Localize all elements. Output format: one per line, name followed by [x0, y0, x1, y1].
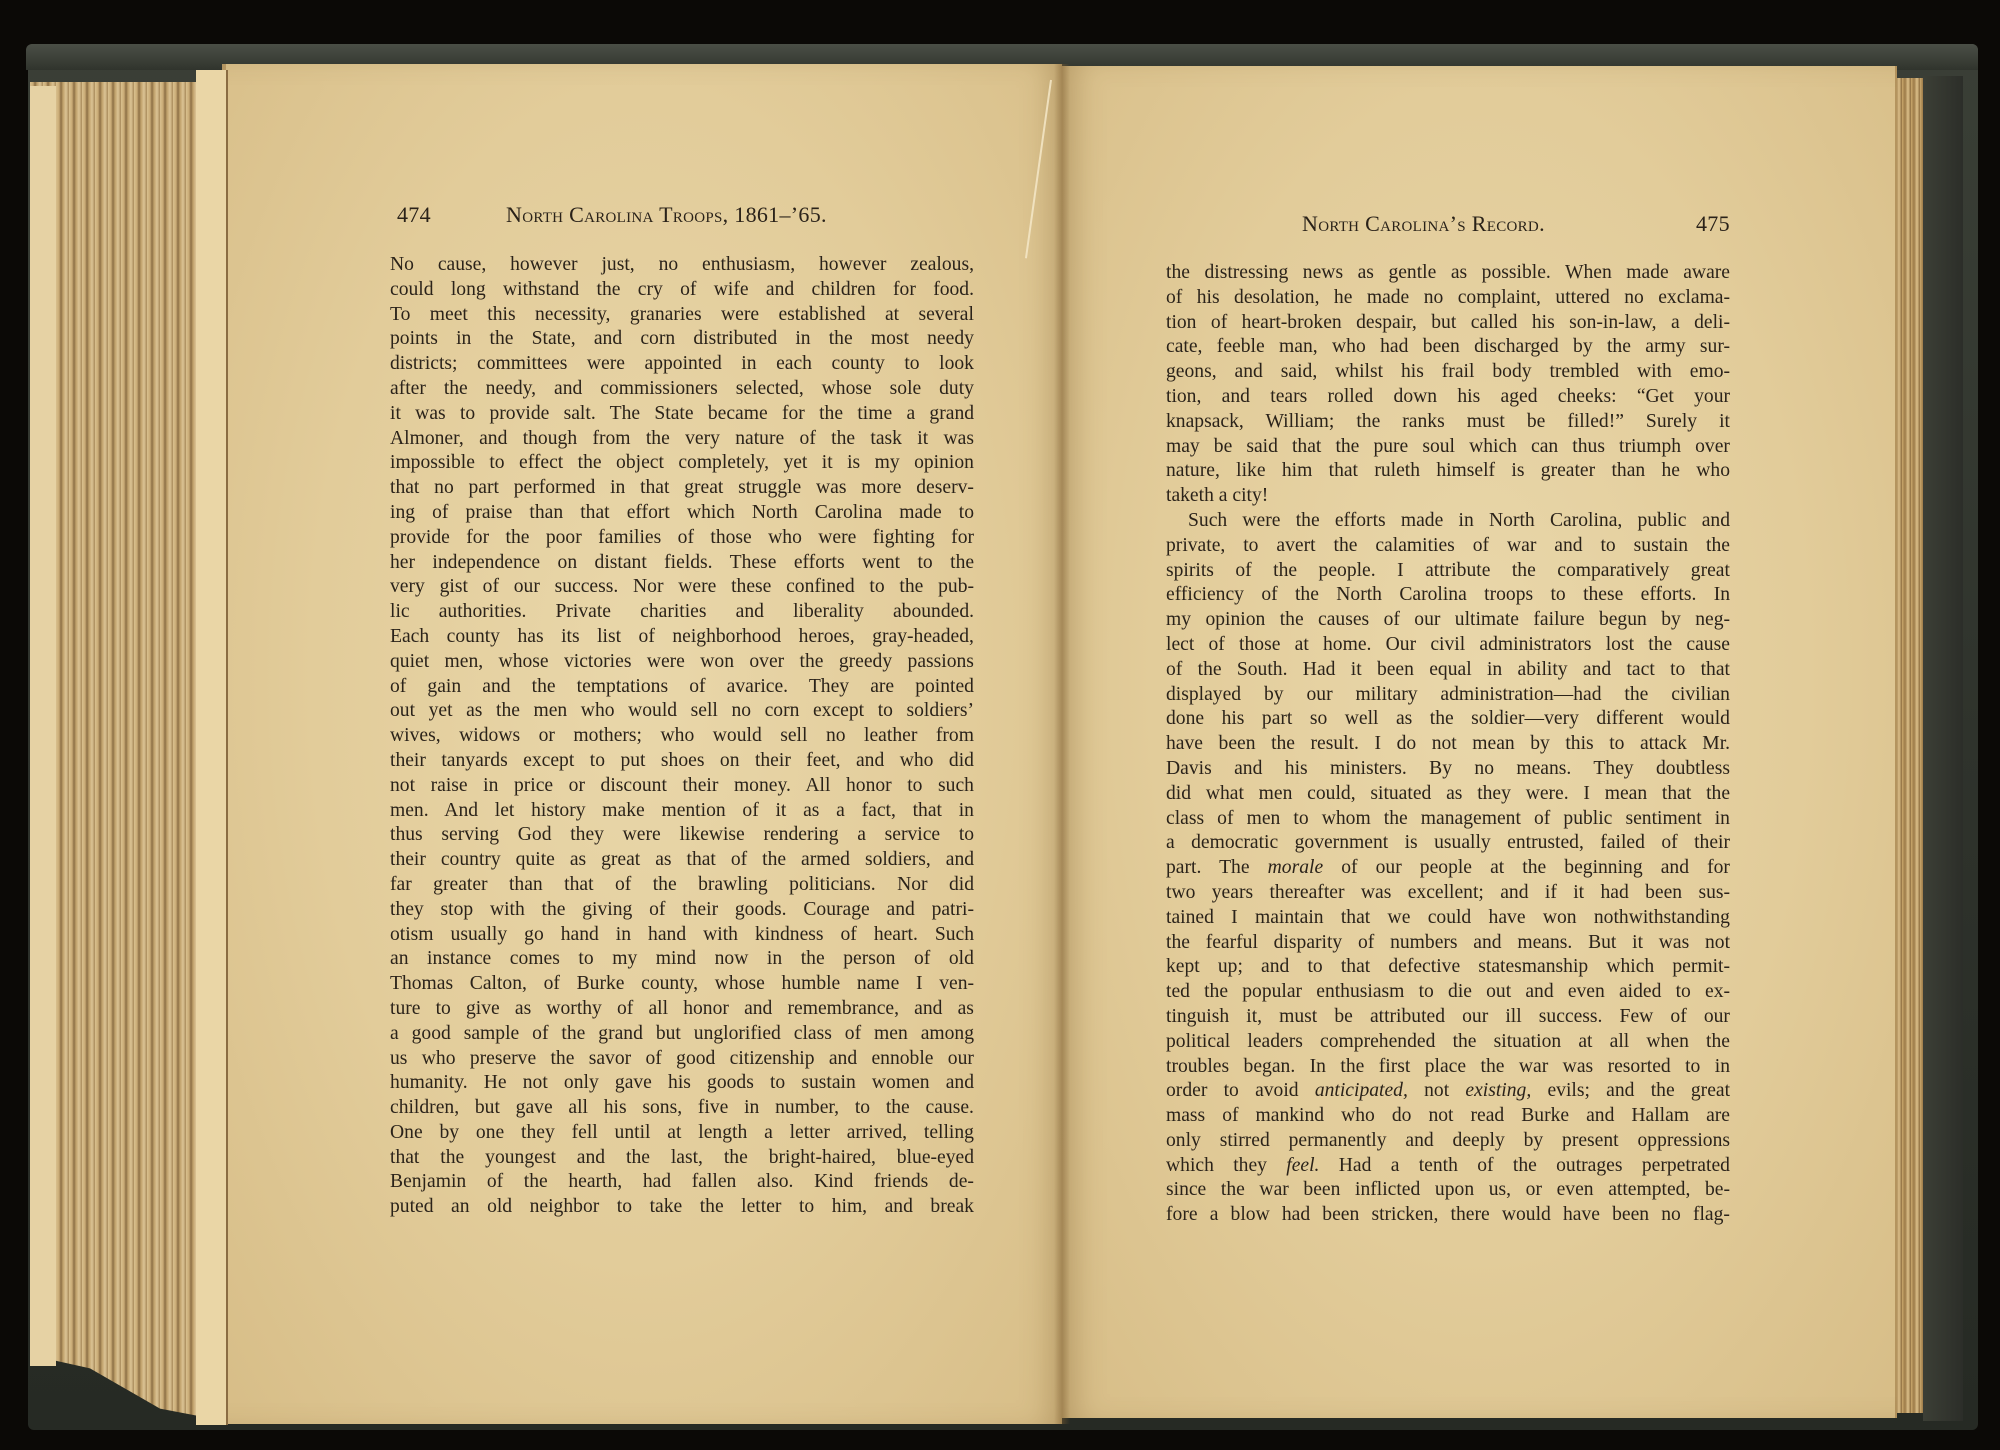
text-line: they stop with the giving of their goods…	[390, 898, 974, 923]
text-line: Almoner, and though from the very nature…	[390, 427, 974, 452]
text-line: political leaders comprehended the situa…	[1166, 1030, 1730, 1055]
text-line: done his part so well as the soldier—ver…	[1166, 707, 1730, 732]
text-line: part. The morale of our people at the be…	[1166, 856, 1730, 881]
text-line: kept up; and to that defective statesman…	[1166, 955, 1730, 980]
text-line: lect of those at home. Our civil adminis…	[1166, 633, 1730, 658]
text-line: of gain and the temptations of avarice. …	[390, 675, 974, 700]
text-line: an instance comes to my mind now in the …	[390, 947, 974, 972]
text-line: far greater than that of the brawling po…	[390, 873, 974, 898]
text-line: order to avoid anticipated, not existing…	[1166, 1079, 1730, 1104]
left-running-head: North Carolina Troops, 1861–’65.	[506, 202, 827, 228]
text-line: lic authorities. Private charities and l…	[390, 600, 974, 625]
text-line: children, but gave all his sons, five in…	[390, 1096, 974, 1121]
text-line: Such were the efforts made in North Caro…	[1166, 509, 1730, 534]
text-line: nature, like him that ruleth himself is …	[1166, 459, 1730, 484]
text-line: otism usually go hand in hand with kindn…	[390, 923, 974, 948]
text-line: men. And let history make mention of it …	[390, 799, 974, 824]
text-line: points in the State, and corn distribute…	[390, 327, 974, 352]
text-line: quiet men, whose victories were won over…	[390, 650, 974, 675]
text-line: the fearful disparity of numbers and mea…	[1166, 931, 1730, 956]
text-line: have been the result. I do not mean by t…	[1166, 732, 1730, 757]
text-line: tinguish it, must be attributed our ill …	[1166, 1005, 1730, 1030]
text-line: wives, widows or mothers; who would sell…	[390, 724, 974, 749]
text-line: No cause, however just, no enthusiasm, h…	[390, 253, 974, 278]
text-line: mass of mankind who do not read Burke an…	[1166, 1104, 1730, 1129]
text-line: taketh a city!	[1166, 484, 1730, 509]
text-line: their country quite as great as that of …	[390, 848, 974, 873]
text-line: Benjamin of the hearth, had fallen also.…	[390, 1170, 974, 1195]
text-line: puted an old neighbor to take the letter…	[390, 1195, 974, 1220]
text-line: Each county has its list of neighborhood…	[390, 625, 974, 650]
text-line: Thomas Calton, of Burke county, whose hu…	[390, 972, 974, 997]
text-line: which they feel. Had a tenth of the outr…	[1166, 1154, 1730, 1179]
text-line: ted the popular enthusiasm to die out an…	[1166, 980, 1730, 1005]
left-page-edge	[196, 70, 228, 1425]
text-line: the distressing news as gentle as possib…	[1166, 261, 1730, 286]
text-line: thus serving God they were likewise rend…	[390, 823, 974, 848]
left-page-number: 474	[397, 202, 431, 228]
right-page-text: the distressing news as gentle as possib…	[1166, 261, 1730, 1228]
text-line: ture to give as worthy of all honor and …	[390, 997, 974, 1022]
left-endpaper-edge	[30, 86, 56, 1366]
text-line: it was to provide salt. The State became…	[390, 402, 974, 427]
right-running-head: North Carolina’s Record.	[1302, 211, 1545, 237]
text-line: their tanyards except to put shoes on th…	[390, 749, 974, 774]
book-gutter	[1054, 64, 1070, 1424]
left-running-head-text: North Carolina Troops, 1861–’65.	[506, 202, 827, 227]
text-line: that the youngest and the last, the brig…	[390, 1146, 974, 1171]
text-line: class of men to whom the management of p…	[1166, 807, 1730, 832]
text-line: only stirred permanently and deeply by p…	[1166, 1129, 1730, 1154]
left-page-text: No cause, however just, no enthusiasm, h…	[390, 253, 974, 1220]
text-line: not raise in price or discount their mon…	[390, 774, 974, 799]
text-line: geons, and said, whilst his frail body t…	[1166, 360, 1730, 385]
text-line: tion, and tears rolled down his aged che…	[1166, 385, 1730, 410]
text-line: of the South. Had it been equal in abili…	[1166, 658, 1730, 683]
text-line: spirits of the people. I attribute the c…	[1166, 559, 1730, 584]
text-line: Davis and his ministers. By no means. Th…	[1166, 757, 1730, 782]
text-line: out yet as the men who would sell no cor…	[390, 699, 974, 724]
text-line: could long withstand the cry of wife and…	[390, 278, 974, 303]
text-line: that no part performed in that great str…	[390, 476, 974, 501]
text-line: To meet this necessity, granaries were e…	[390, 303, 974, 328]
text-line: after the needy, and commissioners selec…	[390, 377, 974, 402]
text-line: of his desolation, he made no complaint,…	[1166, 286, 1730, 311]
right-running-head-text: North Carolina’s Record.	[1302, 211, 1545, 236]
book-cover-right-edge	[1923, 76, 1963, 1421]
text-line: very gist of our success. Nor were these…	[390, 575, 974, 600]
right-page-stack	[1893, 78, 1923, 1413]
text-line: a good sample of the grand but unglorifi…	[390, 1022, 974, 1047]
text-line: districts; committees were appointed in …	[390, 352, 974, 377]
text-line: provide for the poor families of those w…	[390, 526, 974, 551]
text-line: cate, feeble man, who had been discharge…	[1166, 335, 1730, 360]
text-line: us who preserve the savor of good citize…	[390, 1047, 974, 1072]
text-line: humanity. He not only gave his goods to …	[390, 1071, 974, 1096]
text-line: did what men could, situated as they wer…	[1166, 782, 1730, 807]
text-line: fore a blow had been stricken, there wou…	[1166, 1203, 1730, 1228]
text-line: since the war been inflicted upon us, or…	[1166, 1178, 1730, 1203]
text-line: tion of heart-broken despair, but called…	[1166, 311, 1730, 336]
right-page-number: 475	[1696, 211, 1730, 237]
text-line: displayed by our military administration…	[1166, 683, 1730, 708]
text-line: impossible to effect the object complete…	[390, 451, 974, 476]
text-line: knapsack, William; the ranks must be fil…	[1166, 410, 1730, 435]
text-line: efficiency of the North Carolina troops …	[1166, 583, 1730, 608]
text-line: may be said that the pure soul which can…	[1166, 435, 1730, 460]
text-line: a democratic government is usually entru…	[1166, 831, 1730, 856]
text-line: ing of praise than that effort which Nor…	[390, 501, 974, 526]
text-line: troubles began. In the first place the w…	[1166, 1055, 1730, 1080]
text-line: private, to avert the calamities of war …	[1166, 534, 1730, 559]
text-line: tained I maintain that we could have won…	[1166, 906, 1730, 931]
text-line: two years thereafter was excellent; and …	[1166, 881, 1730, 906]
text-line: her independence on distant fields. Thes…	[390, 551, 974, 576]
text-line: my opinion the causes of our ultimate fa…	[1166, 608, 1730, 633]
text-line: One by one they fell until at length a l…	[390, 1121, 974, 1146]
